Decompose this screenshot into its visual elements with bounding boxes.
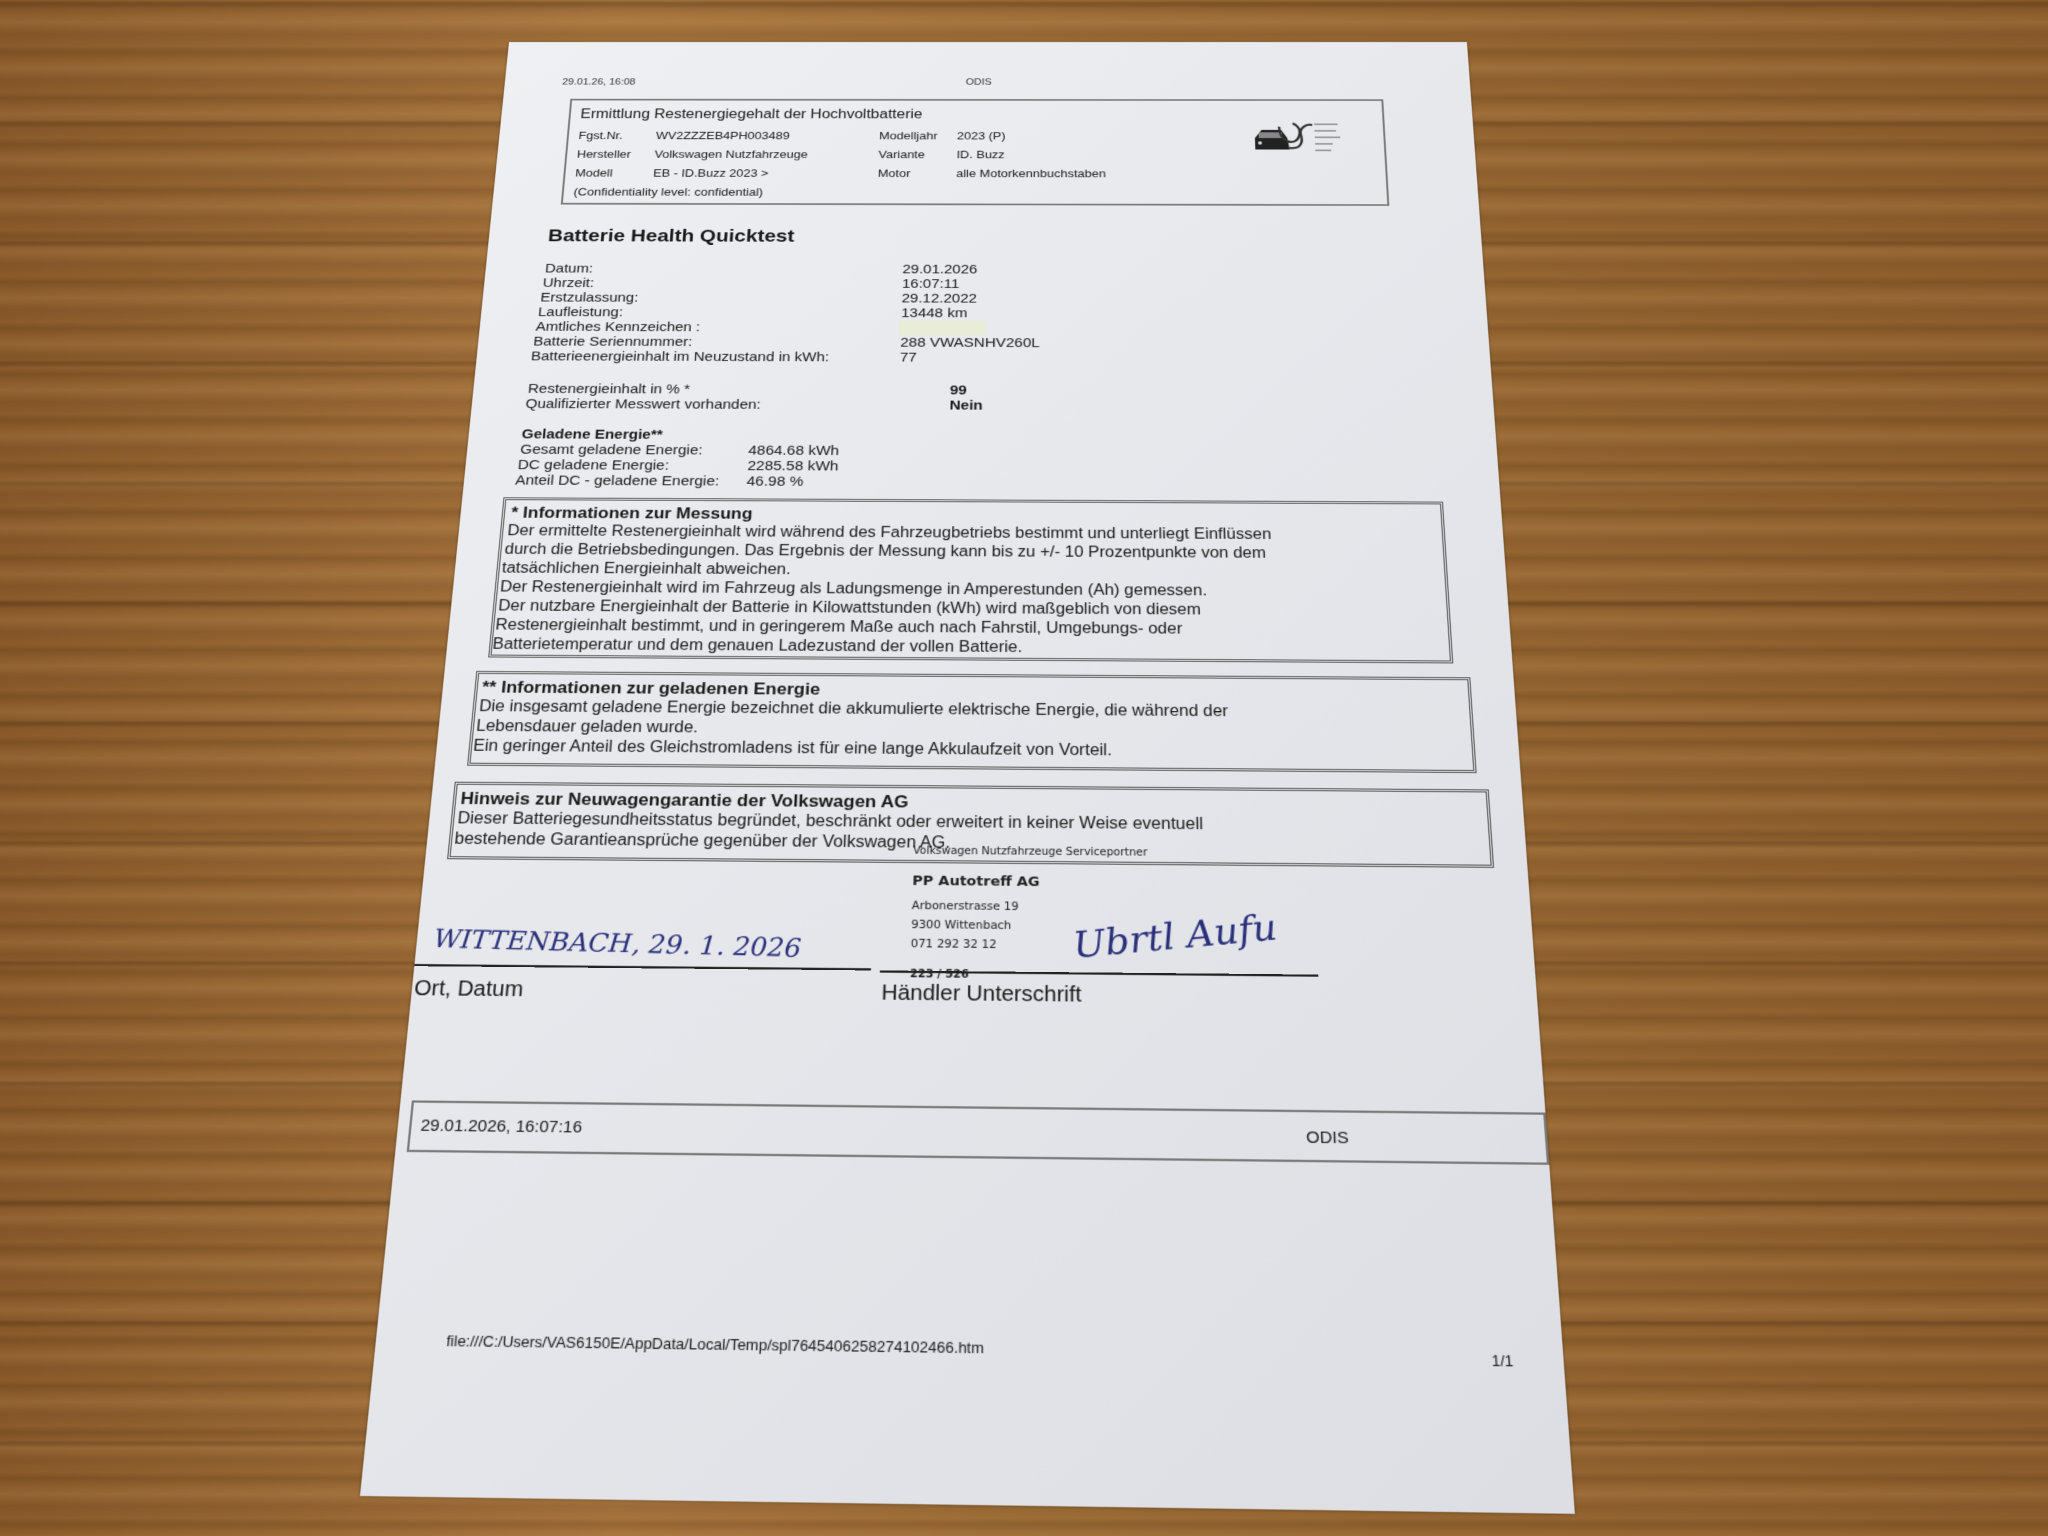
info-measurement-title: * Informationen zur Messung [510, 504, 753, 524]
dealer-signature-label: Händler Unterschrift [881, 981, 1082, 1008]
report-title: Batterie Health Quicktest [547, 226, 795, 247]
result-label: Restenergieinhalt in % * [527, 381, 690, 397]
info-line: tatsächlichen Energieinhalt abweichen. [501, 559, 791, 579]
info-energy-title: ** Informationen zur geladenen Energie [481, 678, 820, 700]
vehicle-row-label: Modell [575, 167, 613, 179]
vehicle-row-label: Fgst.Nr. [578, 129, 623, 141]
vehicle-row-label: Hersteller [576, 148, 631, 160]
detail-label: Laufleistung: [537, 305, 623, 320]
remaining-energy-percent: 99 [950, 383, 967, 398]
vehicle-vin: WV2ZZZEB4PH003489 [656, 129, 791, 141]
detail-time: 16:07:11 [902, 277, 960, 292]
detail-new-capacity: 77 [900, 350, 917, 365]
vehicle-info-box: Ermittlung Restenergiegehalt der Hochvol… [561, 99, 1390, 206]
car-diagnostics-icon [1249, 119, 1369, 160]
vehicle-row-label: Motor [878, 167, 911, 179]
charged-energy-title: Geladene Energie** [521, 427, 663, 443]
vehicle-row-label: Modelljahr [879, 130, 938, 142]
dealer-signature: Ubrtl Aufu [1071, 906, 1280, 967]
info-energy-box: ** Informationen zur geladenen Energie D… [467, 671, 1477, 773]
info-line: Batterietemperatur und dem genauen Ladez… [492, 635, 1023, 658]
stamp-street: Arbonerstrasse 19 [912, 900, 1019, 914]
printed-report-page: 29.01.26, 16:08 ODIS Ermittlung Restener… [360, 42, 1575, 1514]
handwritten-place-date: WITTENBACH, 29. 1. 2026 [432, 924, 802, 963]
vehicle-model: EB - ID.Buzz 2023 > [653, 167, 769, 179]
print-app-name: ODIS [966, 78, 992, 88]
vehicle-box-title: Ermittlung Restenergiegehalt der Hochvol… [580, 108, 923, 123]
footer-timestamp: 29.01.2026, 16:07:16 [420, 1116, 583, 1137]
info-line: Lebensdauer geladen wurde. [475, 717, 698, 738]
print-file-path: file:///C:/Users/VAS6150E/AppData/Local/… [446, 1332, 984, 1357]
confidentiality-level: (Confidentiality level: confidential) [573, 186, 763, 199]
energy-label: DC geladene Energie: [517, 457, 669, 473]
dc-charged-energy: 2285.58 kWh [747, 458, 839, 474]
license-plate-redacted [899, 320, 986, 335]
place-date-line [414, 964, 871, 970]
stamp-city: 9300 Wittenbach [911, 919, 1011, 933]
detail-mileage: 13448 km [901, 306, 968, 321]
info-line: Ein geringer Anteil des Gleichstromladen… [472, 737, 1112, 762]
warranty-line: bestehende Garantieansprüche gegenüber d… [453, 829, 950, 854]
vehicle-engine: alle Motorkennbuchstaben [956, 167, 1106, 180]
vehicle-variant: ID. Buzz [956, 148, 1004, 160]
info-measurement-box: * Informationen zur Messung Der ermittel… [488, 497, 1453, 663]
footer-app-name: ODIS [1306, 1128, 1349, 1148]
detail-date: 29.01.2026 [902, 262, 977, 277]
print-page-number: 1/1 [1491, 1351, 1514, 1370]
vehicle-row-label: Variante [878, 148, 925, 160]
stamp-header: Volkswagen Nutzfahrzeuge Serviceportner [913, 845, 1148, 858]
vehicle-model-year: 2023 (P) [957, 130, 1006, 142]
stamp-company: PP Autotreff AG [912, 873, 1040, 890]
qualified-measurement: Nein [949, 398, 982, 413]
energy-label: Gesamt geladene Energie: [520, 442, 704, 458]
detail-label: Datum: [544, 261, 593, 276]
detail-label: Batterieenergieinhalt im Neuzustand in k… [530, 349, 829, 365]
result-label: Qualifizierter Messwert vorhanden: [525, 396, 761, 412]
detail-label: Amtliches Kennzeichen : [535, 319, 701, 334]
total-charged-energy: 4864.68 kWh [748, 443, 839, 459]
place-date-label: Ort, Datum [413, 977, 524, 1003]
detail-label: Uhrzeit: [542, 276, 595, 291]
vehicle-manufacturer: Volkswagen Nutzfahrzeuge [654, 148, 808, 160]
detail-label: Batterie Seriennummer: [533, 334, 693, 349]
dc-share: 46.98 % [746, 474, 804, 490]
print-timestamp: 29.01.26, 16:08 [562, 77, 636, 87]
footer-box: 29.01.2026, 16:07:16 ODIS [407, 1100, 1550, 1164]
energy-label: Anteil DC - geladene Energie: [515, 473, 720, 489]
detail-label: Erstzulassung: [540, 290, 639, 305]
stamp-phone: 071 292 32 12 [911, 938, 997, 952]
detail-battery-serial: 288 VWASNHV260L [900, 335, 1040, 350]
detail-first-registration: 29.12.2022 [901, 291, 977, 306]
